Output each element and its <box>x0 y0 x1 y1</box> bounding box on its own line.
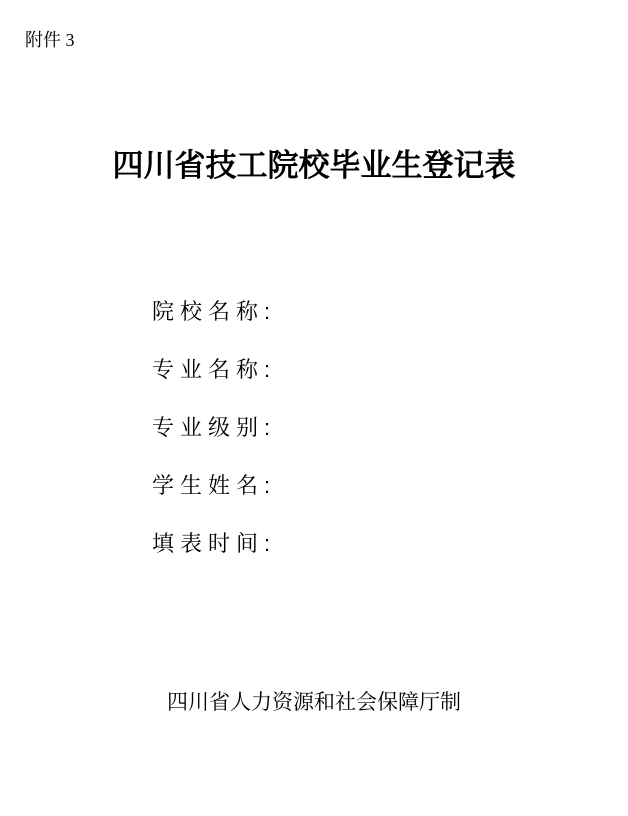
cover-fields: 院校名称: 专业名称: 专业级别: 学生姓名: 填表时间: <box>152 300 416 590</box>
field-row-student-name: 学生姓名: <box>152 474 416 498</box>
issuer-line: 四川省人力资源和社会保障厅制 <box>0 690 628 715</box>
field-row-school-name: 院校名称: <box>152 300 416 324</box>
field-row-major-name: 专业名称: <box>152 358 416 382</box>
field-label-fill-date: 填表时间: <box>152 531 276 556</box>
document-page: 附件 3 四川省技工院校毕业生登记表 院校名称: 专业名称: 专业级别: 学生姓… <box>0 0 628 816</box>
field-label-major-name: 专业名称: <box>152 357 276 382</box>
field-label-major-level: 专业级别: <box>152 415 276 440</box>
attachment-label: 附件 3 <box>25 29 75 51</box>
field-label-school-name: 院校名称: <box>152 299 276 324</box>
page-title: 四川省技工院校毕业生登记表 <box>0 147 628 185</box>
field-label-student-name: 学生姓名: <box>152 473 276 498</box>
field-row-fill-date: 填表时间: <box>152 532 416 556</box>
field-row-major-level: 专业级别: <box>152 416 416 440</box>
